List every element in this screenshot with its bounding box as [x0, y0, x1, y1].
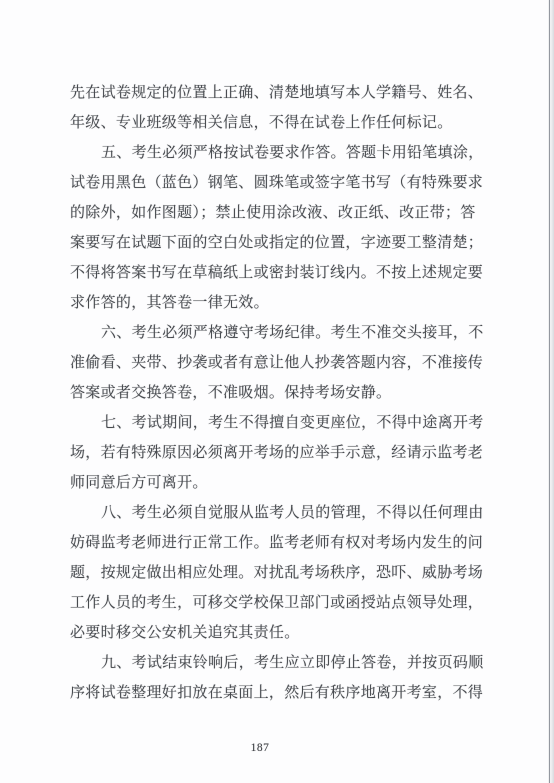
text-line: 答案或者交换答卷，不准吸烟。保持考场安静。: [70, 378, 490, 408]
text-line: 准偷看、夹带、抄袭或者有意让他人抄袭答题内容，不准接传: [70, 348, 490, 378]
text-line-clause-6: 六、考生必须严格遵守考场纪律。考生不准交头接耳，不: [70, 318, 490, 348]
document-body-text: 先在试卷规定的位置上正确、清楚地填写本人学籍号、姓名、 年级、专业班级等相关信息…: [70, 78, 490, 708]
text-line: 场，若有特殊原因必须离开考场的应举手示意，经请示监考老: [70, 438, 490, 468]
text-line: 必要时移交公安机关追究其责任。: [70, 618, 490, 648]
text-line: 师同意后方可离开。: [70, 468, 490, 498]
text-line: 工作人员的考生，可移交学校保卫部门或函授站点领导处理，: [70, 588, 490, 618]
text-line-clause-9: 九、考试结束铃响后，考生应立即停止答卷，并按页码顺: [70, 648, 490, 678]
text-line: 不得将答案书写在草稿纸上或密封装订线内。不按上述规定要: [70, 258, 490, 288]
text-line: 案要写在试题下面的空白处或指定的位置，字迹要工整清楚；: [70, 228, 490, 258]
text-line-clause-5: 五、考生必须严格按试卷要求作答。答题卡用铅笔填涂，: [70, 138, 490, 168]
text-line: 先在试卷规定的位置上正确、清楚地填写本人学籍号、姓名、: [70, 78, 490, 108]
page-number: 187: [230, 741, 290, 755]
scan-edge-line: [549, 0, 551, 783]
text-line: 年级、专业班级等相关信息，不得在试卷上作任何标记。: [70, 108, 490, 138]
text-line: 求作答的，其答卷一律无效。: [70, 288, 490, 318]
text-line-clause-7: 七、考试期间，考生不得擅自变更座位，不得中途离开考: [70, 408, 490, 438]
text-line: 的除外，如作图题）；禁止使用涂改液、改正纸、改正带；答: [70, 198, 490, 228]
scanned-document-page: 先在试卷规定的位置上正确、清楚地填写本人学籍号、姓名、 年级、专业班级等相关信息…: [0, 0, 554, 783]
text-line: 序将试卷整理好扣放在桌面上，然后有秩序地离开考室，不得: [70, 678, 490, 708]
text-line: 试卷用黑色（蓝色）钢笔、圆珠笔或签字笔书写（有特殊要求: [70, 168, 490, 198]
text-line: 妨碍监考老师进行正常工作。监考老师有权对考场内发生的问: [70, 528, 490, 558]
text-line: 题，按规定做出相应处理。对扰乱考场秩序，恐吓、威胁考场: [70, 558, 490, 588]
text-line-clause-8: 八、考生必须自觉服从监考人员的管理，不得以任何理由: [70, 498, 490, 528]
